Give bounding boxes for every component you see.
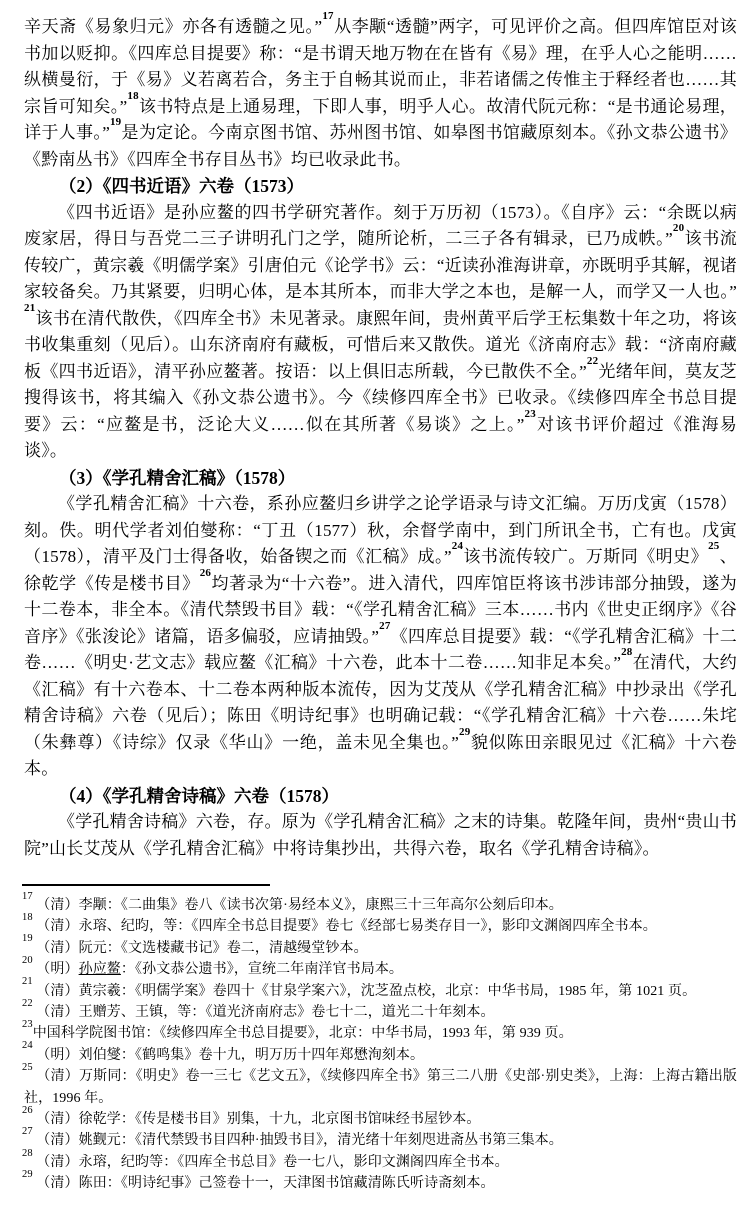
footnote-ref: 29 [459, 726, 470, 738]
footnotes: 17 （清）李颙：《二曲集》卷八《读书次第·易经本义》，康熙三十三年高尔公刻后印… [24, 895, 737, 1195]
footnote-number: 28 [22, 1148, 33, 1159]
footnote-item: 23中国科学院图书馆：《续修四库全书总目提要》，北京：中华书局，1993 年，第… [24, 1023, 737, 1044]
text-run: （明）刘伯燮：《鹤鸣集》卷十九，明万历十四年郑懋洵刻本。 [33, 1048, 424, 1063]
text-run: （明） [33, 962, 79, 977]
footnote-ref: 24 [452, 540, 463, 552]
footnote-item: 19 （清）阮元：《文选楼藏书记》卷二，清越缦堂钞本。 [24, 938, 737, 959]
footnote-ref: 22 [587, 355, 598, 367]
footnote-number: 25 [22, 1062, 33, 1073]
footnote-number: 21 [22, 976, 33, 987]
footnote-item: 22 （清）王赠芳、王镇，等：《道光济南府志》卷七十二，道光二十年刻本。 [24, 1002, 737, 1023]
footnote-item: 21 （清）黄宗羲：《明儒学案》卷四十《甘泉学案六》，沈芝盈点校，北京：中华书局… [24, 981, 737, 1002]
footnote-number: 20 [22, 955, 33, 966]
text-run: 辛天斋《易象归元》亦各有透髓之见。” [24, 17, 322, 36]
text-run: （清）徐乾学：《传是楼书目》别集，十九，北京图书馆味经书屋钞本。 [33, 1112, 481, 1127]
footnote-ref: 21 [24, 302, 35, 314]
footnote-number: 18 [22, 912, 33, 923]
footnote-ref: 25 [708, 540, 719, 552]
text-run: （清）陈田：《明诗纪事》己签卷十一，天津图书馆藏清陈氏听诗斋刻本。 [33, 1176, 495, 1191]
footnote-ref: 19 [110, 116, 121, 128]
footnote-number: 19 [22, 933, 33, 944]
footnote-ref: 27 [379, 620, 390, 632]
footnote-item: 20 （明）孙应鳌：《孙文恭公遗书》，宣统二年南洋官书局本。 [24, 959, 737, 980]
footnote-item: 29 （清）陈田：《明诗纪事》己签卷十一，天津图书馆藏清陈氏听诗斋刻本。 [24, 1173, 737, 1194]
body-paragraph: 辛天斋《易象归元》亦各有透髓之见。”17从李颙“透髓”两字，可见评价之高。但四库… [24, 14, 737, 173]
body-paragraph: 《四书近语》是孙应鳌的四书学研究著作。刻于万历初（1573）。《自序》云：“余既… [24, 200, 737, 465]
footnote-item: 25 （清）万斯同：《明史》卷一三七《艺文五》，《续修四库全书》第三二八册《史部… [24, 1066, 737, 1109]
body-text: 辛天斋《易象归元》亦各有透髓之见。”17从李颙“透髓”两字，可见评价之高。但四库… [24, 14, 737, 862]
text-run: 该书流传较广。万斯同《明史》 [463, 547, 708, 566]
footnote-ref: 23 [525, 408, 536, 420]
footnote-number: 22 [22, 998, 33, 1009]
text-run: （清）阮元：《文选楼藏书记》卷二，清越缦堂钞本。 [33, 941, 368, 956]
section-heading: （2）《四书近语》六卷（1573） [24, 173, 737, 200]
body-paragraph: 《学孔精舍诗稿》六卷，存。原为《学孔精舍汇稿》之末的诗集。乾隆年间，贵州“贵山书… [24, 809, 737, 862]
footnote-item: 27 （清）姚觐元：《清代禁毁书目四种·抽毁书目》，清光绪十年刻咫进斋丛书第三集… [24, 1130, 737, 1151]
text-run: （清）王赠芳、王镇，等：《道光济南府志》卷七十二，道光二十年刻本。 [33, 1005, 495, 1020]
footnote-ref: 18 [127, 90, 138, 102]
text-run: ：《孙文恭公遗书》，宣统二年南洋官书局本。 [121, 962, 403, 977]
text-run: （清）黄宗羲：《明儒学案》卷四十《甘泉学案六》，沈芝盈点校，北京：中华书局，19… [33, 984, 697, 999]
footnote-ref: 28 [621, 646, 632, 658]
document-page: 辛天斋《易象归元》亦各有透髓之见。”17从李颙“透髓”两字，可见评价之高。但四库… [0, 0, 750, 1214]
text-run: 《学孔精舍诗稿》六卷，存。原为《学孔精舍汇稿》之末的诗集。乾隆年间，贵州“贵山书… [24, 812, 737, 858]
footnote-number: 23 [22, 1019, 33, 1030]
footnote-ref: 17 [322, 10, 333, 22]
text-run: （清）李颙：《二曲集》卷八《读书次第·易经本义》，康熙三十三年高尔公刻后印本。 [33, 898, 563, 913]
footnote-item: 17 （清）李颙：《二曲集》卷八《读书次第·易经本义》，康熙三十三年高尔公刻后印… [24, 895, 737, 916]
section-heading: （4）《学孔精舍诗稿》六卷（1578） [24, 783, 737, 810]
footnote-item: 28 （清）永瑢，纪昀等：《四库全书总目》卷一七八，影印文渊阁四库全书本。 [24, 1152, 737, 1173]
footnote-ref: 20 [673, 222, 684, 234]
footnote-separator [22, 884, 270, 886]
text-run: 《四书近语》是孙应鳌的四书学研究著作。刻于万历初（1573）。《自序》云：“余既… [24, 203, 737, 249]
body-paragraph: 《学孔精舍汇稿》十六卷，系孙应鳌归乡讲学之论学语录与诗文汇编。万历戊寅（1578… [24, 491, 737, 783]
text-run: 中国科学院图书馆：《续修四库全书总目提要》，北京：中华书局，1993 年，第 9… [33, 1026, 573, 1041]
footnote-number: 26 [22, 1105, 33, 1116]
footnote-item: 26 （清）徐乾学：《传是楼书目》别集，十九，北京图书馆味经书屋钞本。 [24, 1109, 737, 1130]
footnote-number: 27 [22, 1126, 33, 1137]
underlined-text-run: 孙应鳌 [79, 962, 121, 977]
text-run: （清）万斯同：《明史》卷一三七《艺文五》，《续修四库全书》第三二八册《史部·别史… [24, 1069, 737, 1105]
footnote-number: 29 [22, 1169, 33, 1180]
text-run: （清）永瑢，纪昀等：《四库全书总目》卷一七八，影印文渊阁四库全书本。 [33, 1155, 509, 1170]
text-run: （清）姚觐元：《清代禁毁书目四种·抽毁书目》，清光绪十年刻咫进斋丛书第三集本。 [33, 1133, 563, 1148]
footnote-number: 24 [22, 1040, 33, 1051]
footnote-number: 17 [22, 891, 33, 902]
section-heading: （3）《学孔精舍汇稿》（1578） [24, 465, 737, 492]
text-run: （清）永瑢、纪昀，等：《四库全书总目提要》卷七《经部七易类存目一》，影印文渊阁四… [33, 919, 657, 934]
footnote-ref: 26 [200, 567, 211, 579]
footnote-item: 24 （明）刘伯燮：《鹤鸣集》卷十九，明万历十四年郑懋洵刻本。 [24, 1045, 737, 1066]
footnote-item: 18 （清）永瑢、纪昀，等：《四库全书总目提要》卷七《经部七易类存目一》，影印文… [24, 916, 737, 937]
text-run: 是为定论。今南京图书馆、苏州图书馆、如皋图书馆藏原刻本。《孙文恭公遗书》《黔南丛… [24, 123, 737, 169]
